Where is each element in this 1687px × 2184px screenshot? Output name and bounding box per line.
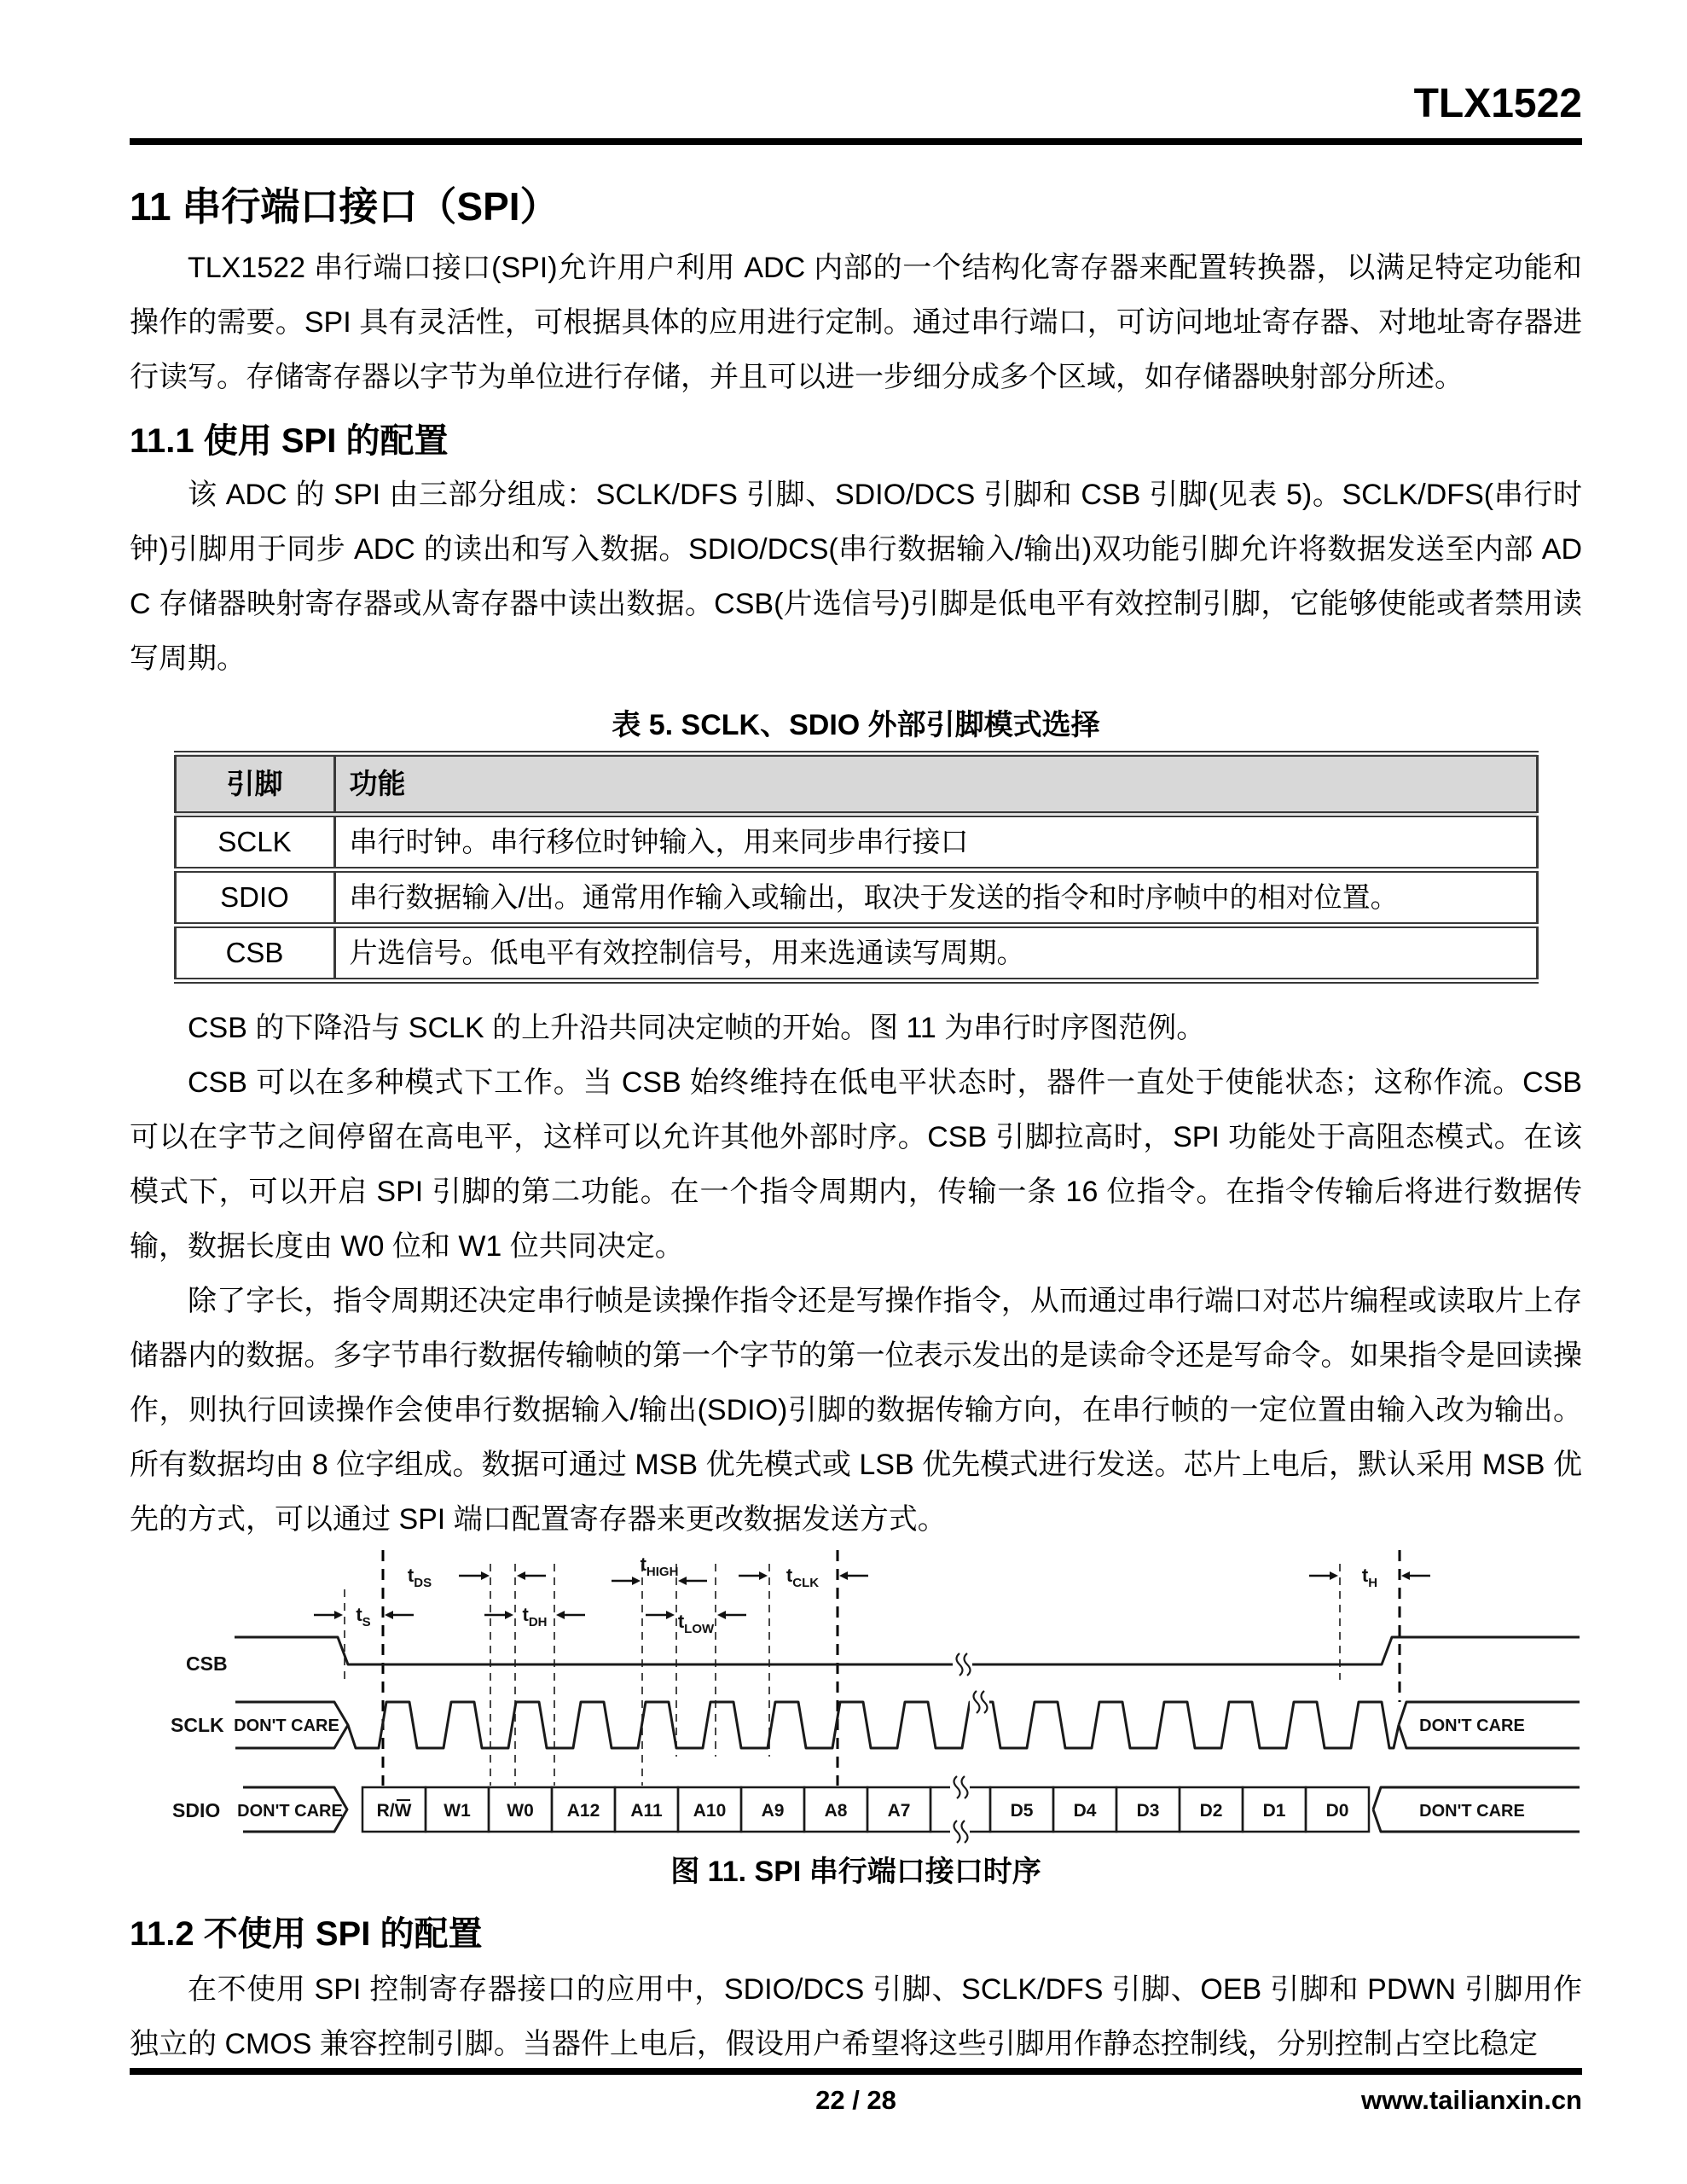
table-header-row: 引脚 功能 <box>175 754 1537 815</box>
table-cell-pin: SDIO <box>175 870 334 926</box>
sdio-signal-label: SDIO <box>172 1799 220 1821</box>
sdio-bit-cell-label: D3 <box>1137 1801 1160 1821</box>
sdio-bit-cell-label: A10 <box>693 1801 727 1821</box>
section-11-1-paragraph-4: 除了字长，指令周期还决定串行帧是读操作指令还是写操作指令，从而通过串行端口对芯片… <box>130 1274 1582 1547</box>
section-11-heading: 11 串行端口接口（SPI） <box>130 184 1582 229</box>
table-row: SCLK 串行时钟。串行移位时钟输入，用来同步串行接口 <box>175 815 1537 870</box>
figure-11-caption: 图 11. SPI 串行端口接口时序 <box>130 1855 1582 1889</box>
section-11-2-heading: 11.2 不使用 SPI 的配置 <box>130 1914 1582 1954</box>
line-break-mark <box>953 1653 972 1676</box>
sclk-dontcare-left-label: DON'T CARE <box>234 1716 339 1735</box>
sdio-bit-cell-label: D0 <box>1326 1801 1349 1821</box>
footer-rule <box>130 2068 1582 2075</box>
sdio-bit-cell-label: W0 <box>507 1801 534 1821</box>
section-11-paragraph: TLX1522 串行端口接口(SPI)允许用户利用 ADC 内部的一个结构化寄存… <box>130 241 1582 404</box>
line-break-mark <box>970 1691 989 1713</box>
page-content: TLX1522 11 串行端口接口（SPI） TLX1522 串行端口接口(SP… <box>130 0 1582 2071</box>
timing-label-tclk: tCLK <box>786 1565 819 1590</box>
table-cell-function: 串行时钟。串行移位时钟输入，用来同步串行接口 <box>334 815 1537 870</box>
table-cell-function: 串行数据输入/出。通常用作输入或输出，取决于发送的指令和时序帧中的相对位置。 <box>334 870 1537 926</box>
sdio-bit-cell-label: A7 <box>888 1801 911 1821</box>
sclk-dontcare-right-label: DON'T CARE <box>1419 1716 1525 1735</box>
sdio-bit-cell-label: D1 <box>1263 1801 1286 1821</box>
section-11-1-paragraph-1: 该 ADC 的 SPI 由三部分组成：SCLK/DFS 引脚、SDIO/DCS … <box>130 468 1582 686</box>
sclk-signal-label: SCLK <box>171 1714 224 1736</box>
table-5-title: 表 5. SCLK、SDIO 外部引脚模式选择 <box>130 708 1582 742</box>
timing-label-th: tH <box>1362 1565 1377 1590</box>
spi-timing-waveform: tDS tHIGH tCLK tH tS tDH tLOW CSB SCLK S… <box>119 1550 1586 1849</box>
timing-label-tdh: tDH <box>523 1604 548 1629</box>
table-header-function: 功能 <box>334 754 1537 815</box>
sdio-bit-cell-label: A8 <box>825 1801 848 1821</box>
table-row: CSB 片选信号。低电平有效控制信号，用来选通读写周期。 <box>175 926 1537 981</box>
doc-product-title: TLX1522 <box>130 82 1582 126</box>
line-break-mark <box>950 1821 970 1843</box>
section-11-1-paragraph-3: CSB 可以在多种模式下工作。当 CSB 始终维持在低电平状态时，器件一直处于使… <box>130 1055 1582 1274</box>
table-cell-pin: SCLK <box>175 815 334 870</box>
sdio-bit-cell-label: A9 <box>762 1801 785 1821</box>
table-5: 引脚 功能 SCLK 串行时钟。串行移位时钟输入，用来同步串行接口 SDIO 串… <box>174 751 1539 984</box>
timing-label-tds: tDS <box>408 1565 432 1590</box>
page-footer: 22 / 28 www.tailianxin.cn <box>130 2083 1582 2117</box>
csb-signal-label: CSB <box>186 1653 228 1675</box>
figure-timing-diagram: tDS tHIGH tCLK tH tS tDH tLOW CSB SCLK S… <box>119 1550 1582 1853</box>
sdio-bit-cell-label: D4 <box>1074 1801 1097 1821</box>
sdio-bit-rw-label: R/W <box>377 1801 412 1821</box>
timing-label-tlow: tLOW <box>678 1611 715 1636</box>
table-header-pin: 引脚 <box>175 754 334 815</box>
sdio-bit-cell-label: A12 <box>567 1801 600 1821</box>
table-row: SDIO 串行数据输入/出。通常用作输入或输出，取决于发送的指令和时序帧中的相对… <box>175 870 1537 926</box>
page-number: 22 / 28 <box>815 2085 896 2115</box>
timing-label-thigh: tHIGH <box>641 1554 679 1579</box>
sclk-clock-pulses <box>348 1702 1399 1748</box>
section-11-1-heading: 11.1 使用 SPI 的配置 <box>130 421 1582 461</box>
sdio-dontcare-right-label: DON'T CARE <box>1419 1802 1525 1821</box>
section-11-2-paragraph: 在不使用 SPI 控制寄存器接口的应用中，SDIO/DCS 引脚、SCLK/DF… <box>130 1962 1582 2071</box>
header-rule <box>130 138 1582 145</box>
sdio-bit-cell-label: D2 <box>1200 1801 1223 1821</box>
timing-label-ts: tS <box>356 1604 370 1629</box>
section-11-1-paragraph-2: CSB 的下降沿与 SCLK 的上升沿共同决定帧的开始。图 11 为串行时序图范… <box>130 1001 1582 1055</box>
sdio-bit-cell-label: D5 <box>1011 1801 1034 1821</box>
table-cell-pin: CSB <box>175 926 334 981</box>
sdio-bit-cell-label: A11 <box>630 1801 663 1821</box>
sdio-dontcare-left-label: DON'T CARE <box>237 1802 343 1821</box>
footer-website: www.tailianxin.cn <box>1361 2083 1582 2117</box>
csb-waveform <box>235 1637 1580 1664</box>
timing-arrows <box>314 1571 1430 1619</box>
line-break-mark <box>950 1776 970 1798</box>
sdio-bit-cell-label: W1 <box>443 1801 471 1821</box>
table-cell-function: 片选信号。低电平有效控制信号，用来选通读写周期。 <box>334 926 1537 981</box>
